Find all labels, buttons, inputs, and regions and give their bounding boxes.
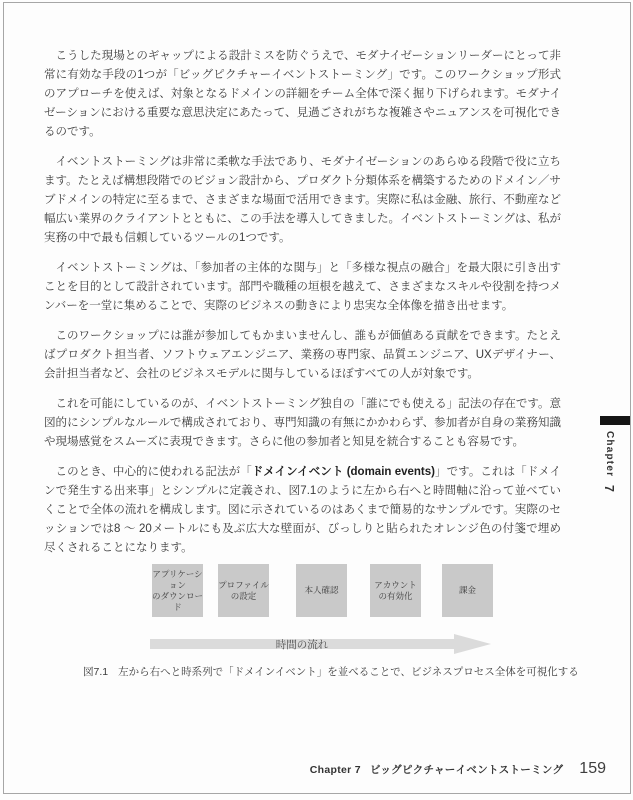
timeline-arrow-label: 時間の流れ [150, 637, 454, 652]
body-paragraph: イベントストーミングは、「参加者の主体的な関与」と「多様な視点の融合」を最大限に… [44, 259, 561, 316]
body-text: こうした現場とのギャップによる設計ミスを防ぐうえで、モダナイゼーションリーダーに… [44, 47, 561, 569]
domain-event-box: プロファイル の設定 [218, 564, 269, 617]
timeline-arrow-head-icon [454, 634, 491, 654]
body-paragraph: このワークショップには誰が参加してもかまいませんし、誰もが価値ある貢献をできます… [44, 327, 561, 384]
footer-chapter-title: ビッグピクチャーイベントストーミング [370, 762, 563, 777]
book-page: こうした現場とのギャップによる設計ミスを防ぐうえで、モダナイゼーションリーダーに… [0, 0, 633, 800]
chapter-tab-word: Chapter [604, 431, 615, 477]
page-footer: Chapter 7 ビッグピクチャーイベントストーミング 159 [310, 760, 606, 778]
body-paragraph: こうした現場とのギャップによる設計ミスを防ぐうえで、モダナイゼーションリーダーに… [44, 47, 561, 142]
paragraph-text: このとき、中心的に使われる記法が「 [56, 466, 252, 478]
body-paragraph: イベントストーミングは非常に柔軟な手法であり、モダナイゼーションのあらゆる段階で… [44, 153, 561, 248]
paragraph-text: 」です。これは「ドメインで発生する出来事」とシンプルに定義され、図7.1のように… [44, 466, 561, 554]
domain-event-box: アプリケーション のダウンロード [152, 564, 203, 617]
figure-caption-number: 図7.1 [83, 666, 108, 678]
event-box-label-line: アカウント [374, 580, 416, 591]
figure-caption: 図7.1左から右へと時系列で「ドメインイベント」を並べることで、ビジネスプロセス… [83, 664, 579, 679]
figure-caption-text: 左から右へと時系列で「ドメインイベント」を並べることで、ビジネスプロセス全体を可… [118, 666, 579, 678]
event-box-label-line: アプリケーション [152, 569, 203, 591]
chapter-tab-label: Chapter 7 [602, 431, 616, 493]
domain-event-box: アカウント の有効化 [370, 564, 421, 617]
page-number: 159 [579, 760, 606, 778]
event-box-label-line: の有効化 [378, 591, 412, 602]
body-paragraph: これを可能にしているのが、イベントストーミング独自の「誰にでも使える」記法の存在… [44, 395, 561, 452]
event-box-label-line: の設定 [231, 591, 257, 602]
domain-events-term: ドメインイベント (domain events) [252, 466, 435, 478]
chapter-tab-bar [600, 416, 630, 425]
domain-event-box: 本人確認 [296, 564, 347, 617]
footer-chapter-label: Chapter 7 [310, 764, 361, 776]
event-box-label-line: のダウンロード [152, 591, 203, 613]
event-box-label-line: 課金 [459, 585, 476, 596]
body-paragraph: このとき、中心的に使われる記法が「ドメインイベント (domain events… [44, 463, 561, 558]
chapter-tab-number: 7 [602, 485, 616, 493]
event-box-label-line: プロファイル [218, 580, 269, 591]
domain-event-box: 課金 [442, 564, 493, 617]
event-box-label-line: 本人確認 [304, 585, 338, 596]
